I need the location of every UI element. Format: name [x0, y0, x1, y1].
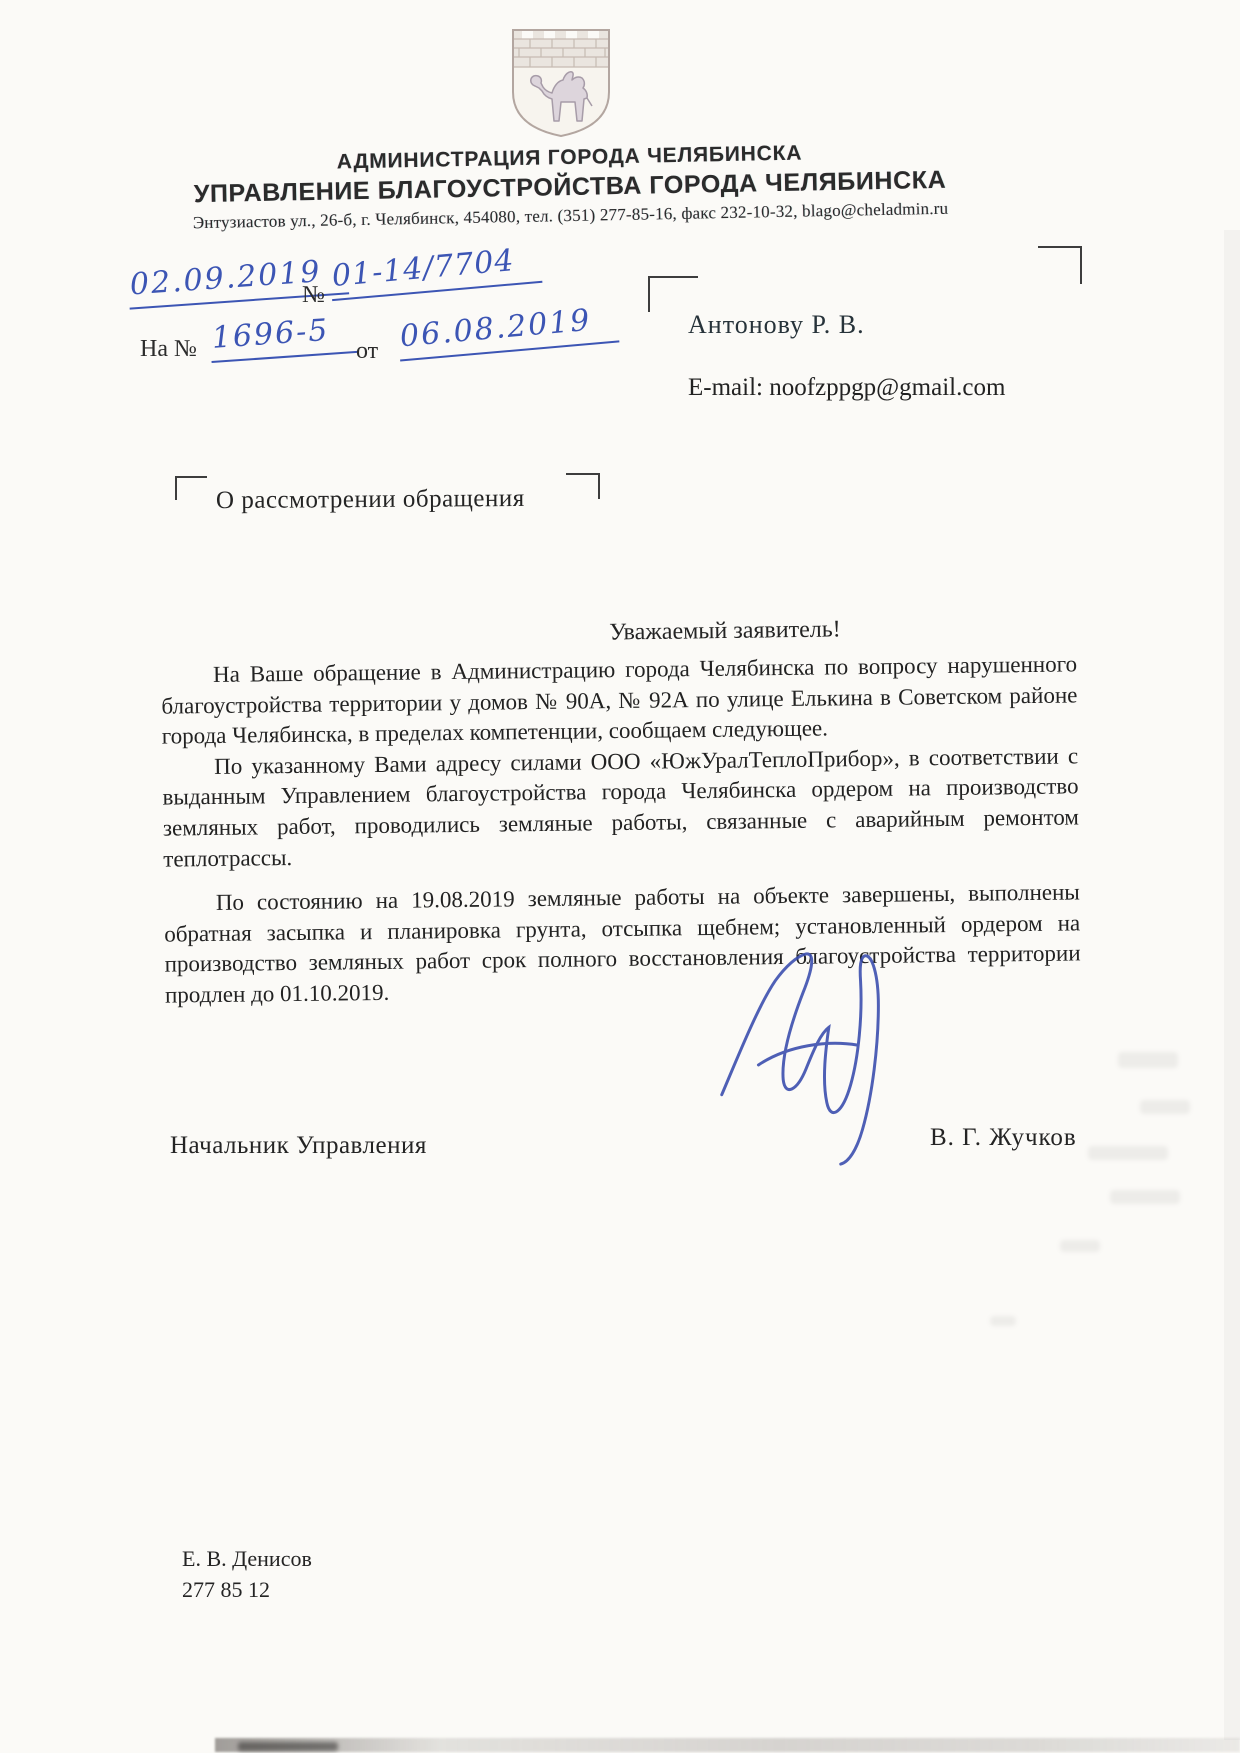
signer-position-title: Начальник Управления [170, 1132, 427, 1160]
scan-artifact-right-band [1224, 230, 1240, 1740]
letterhead: АДМИНИСТРАЦИЯ ГОРОДА ЧЕЛЯБИНСКА УПРАВЛЕН… [109, 137, 1030, 235]
executor-phone: 277 85 12 [182, 1577, 270, 1603]
subject-corner-mark-right [566, 473, 600, 499]
body-paragraph: По состоянию на 19.08.2019 земляные рабо… [164, 878, 1081, 1012]
number-sign-label: № [302, 282, 325, 309]
recipient-email: E-mail: noofzppgp@gmail.com [688, 374, 1005, 402]
scan-artifact [1060, 1240, 1100, 1252]
letter-page: АДМИНИСТРАЦИЯ ГОРОДА ЧЕЛЯБИНСКА УПРАВЛЕН… [0, 0, 1240, 1753]
chelyabinsk-coat-of-arms-icon [505, 24, 617, 147]
page-top-right-corner-mark [1038, 246, 1082, 284]
scan-artifact-bottom-strip [215, 1738, 1240, 1752]
incoming-date-handwritten: 06.08.2019 [397, 301, 620, 362]
scan-artifact [1118, 1052, 1178, 1068]
scan-artifact [1110, 1190, 1180, 1204]
recipient-corner-mark [648, 276, 698, 312]
recipient-name: Антонову Р. В. [688, 310, 865, 340]
incoming-date-label: от [356, 338, 378, 365]
scan-artifact-bottom-blob [238, 1742, 338, 1751]
body-paragraph: По указанному Вами адресу силами ООО «Юж… [162, 741, 1079, 875]
incoming-number-handwritten: 1696-5 [209, 311, 357, 363]
letter-body: На Ваше обращение в Администрацию города… [161, 649, 1081, 1011]
incoming-number-label: На № [140, 336, 197, 363]
body-paragraph: На Ваше обращение в Администрацию города… [161, 649, 1078, 752]
outgoing-number-handwritten: 01-14/7704 [329, 241, 543, 301]
executor-name: Е. В. Денисов [182, 1546, 312, 1572]
subject-line: О рассмотрении обращения [216, 485, 525, 515]
scan-artifact [1140, 1100, 1190, 1114]
subject-corner-mark-left [175, 476, 207, 500]
scan-artifact [990, 1316, 1016, 1326]
signer-name: В. Г. Жучков [930, 1124, 1077, 1152]
handwritten-signature [702, 946, 914, 1179]
scan-artifact [1088, 1146, 1168, 1160]
salutation: Уважаемый заявитель! [420, 614, 1030, 650]
